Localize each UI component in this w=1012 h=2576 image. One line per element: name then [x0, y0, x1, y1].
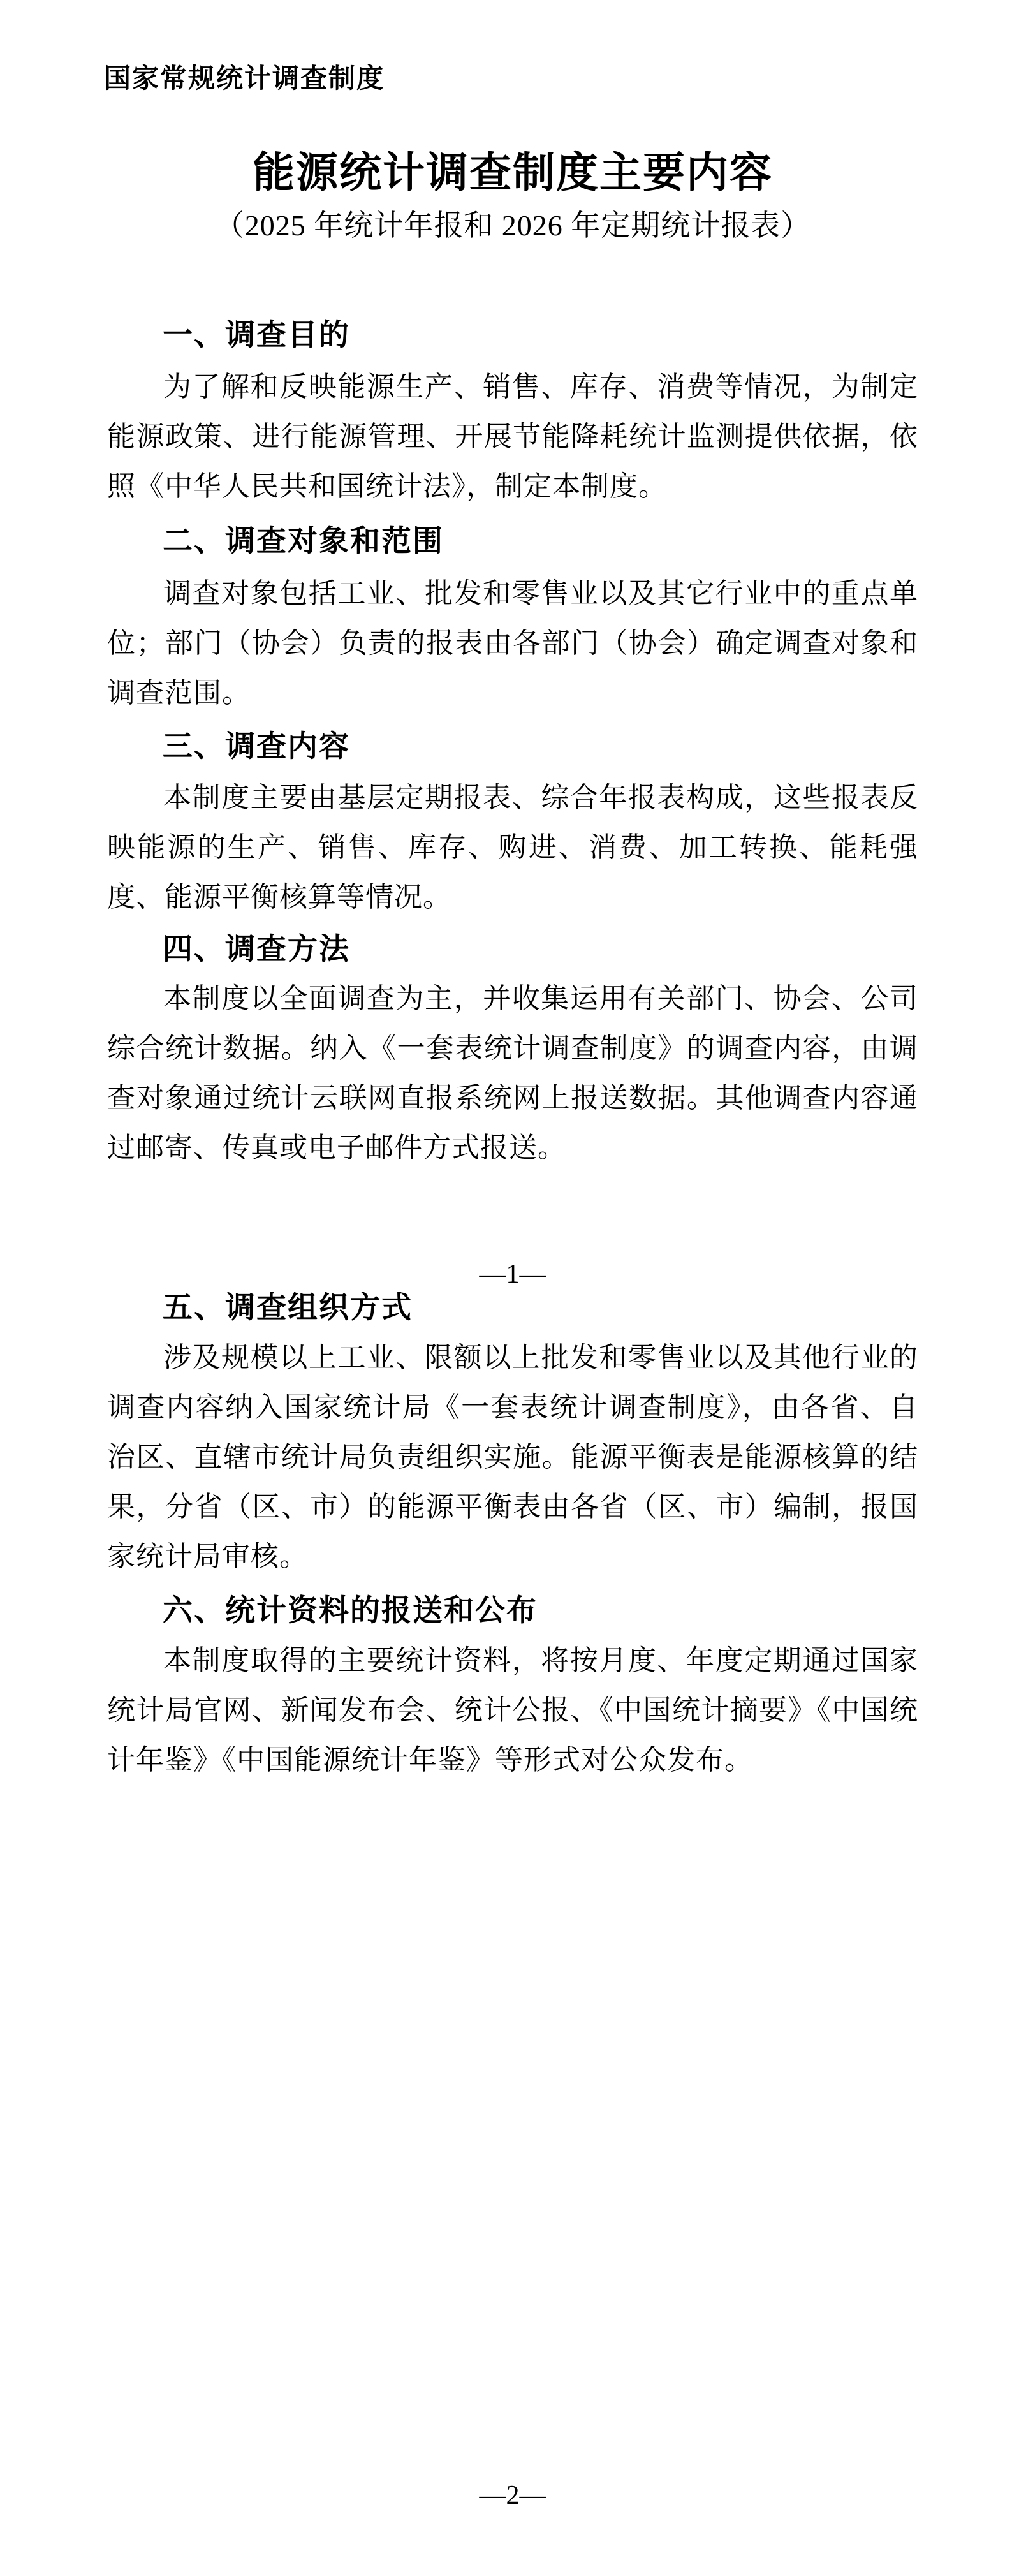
section-3-paragraph: 本制度主要由基层定期报表、综合年报表构成，这些报表反映能源的生产、销售、库存、购…: [107, 773, 918, 922]
section-1-heading: 一、调查目的: [107, 317, 918, 353]
section-4-paragraph: 本制度以全面调查为主，并收集运用有关部门、协会、公司综合统计数据。纳入《一套表统…: [107, 974, 918, 1173]
page-header: 国家常规统计调查制度: [104, 64, 385, 93]
section-5-paragraph: 涉及规模以上工业、限额以上批发和零售业以及其他行业的调查内容纳入国家统计局《一套…: [107, 1333, 918, 1582]
section-5-heading: 五、调查组织方式: [107, 1290, 918, 1325]
section-2-paragraph: 调查对象包括工业、批发和零售业以及其它行业中的重点单位；部门（协会）负责的报表由…: [107, 569, 918, 718]
document-page: 国家常规统计调查制度 能源统计调查制度主要内容 （2025 年统计年报和 202…: [0, 0, 1012, 2576]
document-title: 能源统计调查制度主要内容: [107, 149, 918, 198]
section-6-heading: 六、统计资料的报送和公布: [107, 1593, 918, 1628]
section-3-heading: 三、调查内容: [107, 728, 918, 764]
page-number-1: —1—: [107, 1260, 918, 1289]
section-2-heading: 二、调查对象和范围: [107, 523, 918, 559]
section-1-paragraph: 为了解和反映能源生产、销售、库存、消费等情况，为制定能源政策、进行能源管理、开展…: [107, 362, 918, 512]
section-6-paragraph: 本制度取得的主要统计资料，将按月度、年度定期通过国家统计局官网、新闻发布会、统计…: [107, 1636, 918, 1785]
section-4-heading: 四、调查方法: [107, 931, 918, 967]
document-subtitle: （2025 年统计年报和 2026 年定期统计报表）: [107, 208, 918, 243]
page-number-2: —2—: [107, 2481, 918, 2510]
